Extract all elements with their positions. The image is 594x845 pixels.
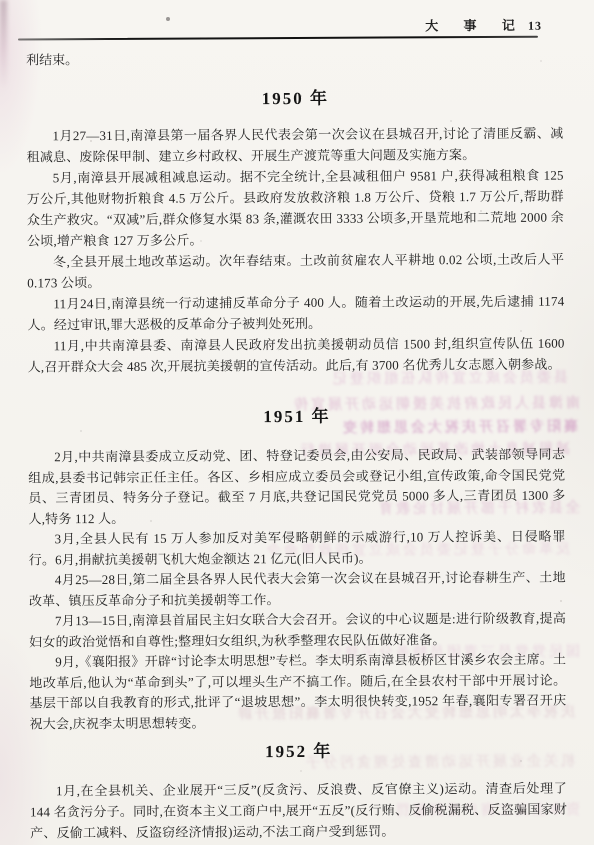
header-rule	[18, 36, 538, 41]
section-1951: 2月,中共南漳县委成立反动党、团、特登记委员会,由公安局、民政局、武装部领导同志…	[28, 445, 566, 735]
chronicle-paragraph: 4月25—28日,第二届全县各界人民代表大会第一次会议在县城召开,讨论春耕生产、…	[29, 568, 566, 612]
chronicle-paragraph: 3月,全县人民有 15 万人参加反对美军侵略朝鲜的示威游行,10 万人控诉美、日…	[29, 527, 566, 571]
year-heading-1950: 1950 年	[0, 82, 592, 110]
chronicle-paragraph: 5月,南漳县开展减租减息运动。据不完全统计,全县减租佃户 9581 户,获得减租…	[27, 165, 564, 252]
chronicle-paragraph: 11月,中共南漳县委、南漳县人民政府发出抗美援朝动员信 1500 封,组织宣传队…	[28, 333, 565, 378]
chronicle-paragraph: 9月,《襄阳报》开辟“讨论李太明思想”专栏。李太明系南漳县板桥区甘溪乡农会主席。…	[29, 650, 566, 735]
running-header-title: 大 事 记	[425, 18, 526, 34]
year-heading-1952: 1952 年	[2, 735, 594, 763]
scan-edge-smudge	[0, 0, 7, 90]
continuation-fragment: 利结束。	[26, 47, 563, 69]
chronicle-paragraph: 1月27—31日,南漳县第一届各界人民代表会第一次会议在县城召开,讨论了清匪反霸…	[26, 123, 563, 168]
year-heading-1951: 1951 年	[0, 400, 594, 428]
chronicle-paragraph: 2月,中共南漳县委成立反动党、团、特登记委员会,由公安局、民政局、武装部领导同志…	[28, 445, 565, 530]
chronicle-paragraph: 冬,全县开展土地改革运动。次年春结束。土改前贫雇农人平耕地 0.02 公顷,土改…	[27, 249, 564, 294]
page-number: 13	[528, 19, 542, 33]
section-1950: 1月27—31日,南漳县第一届各界人民代表会第一次会议在县城召开,讨论了清匪反霸…	[26, 123, 564, 378]
chronicle-paragraph: 7月13—15日,南漳县首届民主妇女联合大会召开。会议的中心议题是:进行阶级教育…	[29, 609, 566, 653]
scanned-book-page: 县委员会成立宣传队伍组织登记 南漳县人民政府抗美援朝运动开展宣传 襄阳专署召开庆…	[0, 0, 594, 845]
chronicle-paragraph: 1月,在全县机关、企业展开“三反”(反贪污、反浪费、反官僚主义)运动。清查后处理…	[30, 778, 567, 844]
running-header: 大 事 记13	[425, 15, 542, 35]
scan-noise-specks	[0, 0, 2, 2]
page-content: 大 事 记13 利结束。 1950 年 1月27—31日,南漳县第一届各界人民代…	[0, 0, 594, 845]
chronicle-paragraph: 11月24日,南漳县统一行动逮捕反革命分子 400 人。随着土改运动的开展,先后…	[27, 291, 564, 336]
section-1952: 1月,在全县机关、企业展开“三反”(反贪污、反浪费、反官僚主义)运动。清查后处理…	[30, 778, 567, 844]
